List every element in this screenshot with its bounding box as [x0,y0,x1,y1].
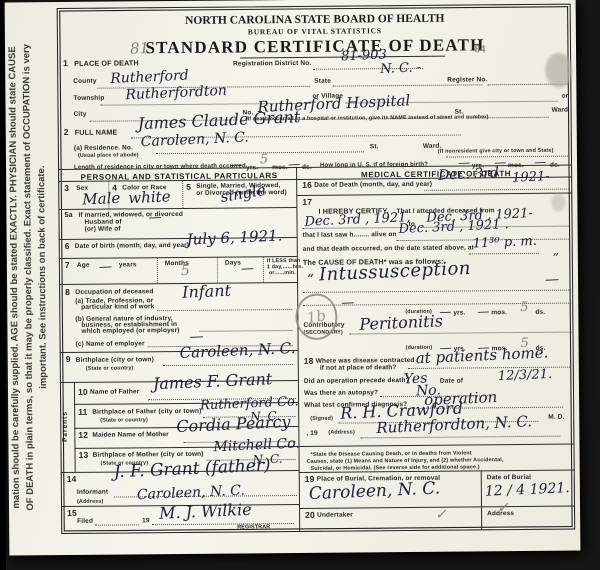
state-label: State [314,78,331,86]
scan-smudge [545,53,572,88]
stamp-number: 84 [460,43,500,55]
cell-divider [263,256,264,282]
age-years-value: — [99,259,113,275]
employer-label: (c) Name of employer [76,340,145,348]
parents-vertical-label: Parents [61,386,69,466]
race-value: white [128,187,171,207]
place-of-death-label: PLACE OF DEATH [74,59,139,68]
duration-mos-value: — [477,304,490,319]
item-16-number: 16 [302,181,312,191]
mother-name-label: Maiden Name of Mother [92,431,169,439]
item-3-number: 3 [64,184,69,194]
state-value: N. C. - [380,60,422,77]
age-months-value: 5 [181,263,191,279]
date-of-death-year: 1921- [512,169,550,186]
item-12-number: 12 [78,431,88,441]
us-ds-value: — [534,155,547,170]
state-or-country-label: (State or country) [86,365,134,372]
ward-label: Ward [552,107,569,115]
state-or-country-label: (State or country) [100,417,148,424]
length-yrs-value: — [230,157,243,172]
item-18-number: 18 [304,357,314,367]
contributory-value: Peritonitis [359,311,443,334]
scan-smudge [551,194,565,212]
operation-label: Did an operation precede death? [304,377,410,385]
death-occurred-label: and that death occurred, on the date sta… [303,244,474,253]
year-19-label: , 19 [306,430,318,438]
item-20-number: 20 [305,511,315,521]
ditto-mark: ” [553,251,560,265]
nonresident-note: (If nonresident give city or town and St… [438,148,554,155]
item-14-number: 14 [67,475,77,485]
cell-divider [157,257,158,283]
date-of-death-value: Dec. 3rd [438,165,499,184]
item-17-number: 17 [302,198,312,208]
pencil-check-mark: ✓ [497,500,509,516]
item-4-number: 4 [112,184,117,194]
industry-label-3: which employed (or employer) [81,327,179,335]
days-label: Days [225,259,241,267]
pencil-number: 81 [130,39,150,58]
length-ds-value: — [288,157,301,172]
autopsy-label: Was there an autopsy? [304,389,378,397]
father-birthplace-label: Birthplace of Father (city or town) [92,408,201,416]
years-label: years [119,261,137,269]
where-contracted-label-2: if not at place of death? [320,364,397,372]
date-of-death-label: Date of Death (month, day, and year) [314,181,432,189]
pencil-check-mark: ✓ [435,506,447,522]
item-11-number: 11 [78,408,87,418]
margin-instructions: mation should be carefully supplied. AGE… [6,12,55,542]
item-13-number: 13 [79,451,89,461]
occupation-value: Infant [182,281,232,302]
ds-label: ds. [535,309,545,317]
city-label: City [74,111,87,119]
operation-date-value: 12/3/21. [498,367,553,384]
registrar-signature: M. J. Wilkie [159,500,252,523]
item-5-number: 5 [186,183,191,193]
cell-divider [217,257,218,283]
length-mos-value: 5 [260,152,269,167]
less-than-label-3: or......min. [269,270,296,276]
informant-address-label: (Address) [77,499,104,505]
residence-label: (a) Residence. No. [74,144,133,152]
secondary-cause-dash: — [341,295,355,311]
item-10-number: 10 [78,388,88,398]
filed-year-label: 19 [142,517,150,525]
abode-note: (Usual place of abode) [78,152,139,159]
page-title: STANDARD CERTIFICATE OF DEATH [115,35,515,58]
cause-open-quote: “ [307,272,315,288]
date-of-label: Date of [440,378,463,386]
signed-label: (Signed) [310,416,333,422]
father-name-label: Name of Father [90,388,139,396]
cause-trailing-dash: — [545,271,560,288]
cell-divider [481,506,482,529]
county-label: County [73,78,96,86]
undertaker-label: Undertaker [317,511,353,519]
register-no-label: Register No. [447,76,487,84]
trade-label-2: particular kind of work [81,303,154,311]
address-label: (Address) [328,429,355,435]
duration-ds-value: 5 [520,300,529,315]
filed-label: Filed [77,518,93,526]
item-9-number: 9 [66,355,71,365]
or-label: or [561,93,568,101]
informant-label: Informant [77,489,108,497]
item-7-number: 7 [65,261,70,271]
item-1-number: 1 [63,59,68,69]
mos-label: mos. [491,309,507,317]
wife-of-label: (or) Wife of [85,225,121,233]
residence-st-label: St. [370,143,379,151]
item-8-number: 8 [65,288,70,298]
occupation-label: Occupation of deceased [75,288,153,296]
certificate-paper: mation should be carefully supplied. AGE… [5,0,581,555]
age-days-value: — [241,261,255,277]
township-label: Township [73,95,104,103]
time-of-death-value: 11³⁰ p. m. [472,234,537,252]
date-of-birth-label: Date of birth (month, day, and year) [75,242,189,250]
full-name-label: FULL NAME [75,129,118,138]
item-6-number: 6 [65,242,70,252]
birthplace-label: Birthplace (city or town) [76,356,154,364]
registration-district-label: Registration District No. [233,60,311,68]
item-5a-number: 5a [64,211,72,219]
burial-date-label: Date of Burial [487,474,531,482]
last-saw-alive-label: that I last saw h........ alive on [303,231,397,239]
registrar-label: REGISTRAR [237,524,270,530]
age-label: Age [77,262,90,270]
md-label: M. D. [548,414,564,422]
item-2-number: 2 [64,128,69,138]
mother-birthplace-label: Birthplace of Mother (city or town) [93,451,204,459]
item-15-number: 15 [67,509,77,519]
spouse-value: — [148,210,162,226]
yrs-label: yrs. [453,309,465,317]
